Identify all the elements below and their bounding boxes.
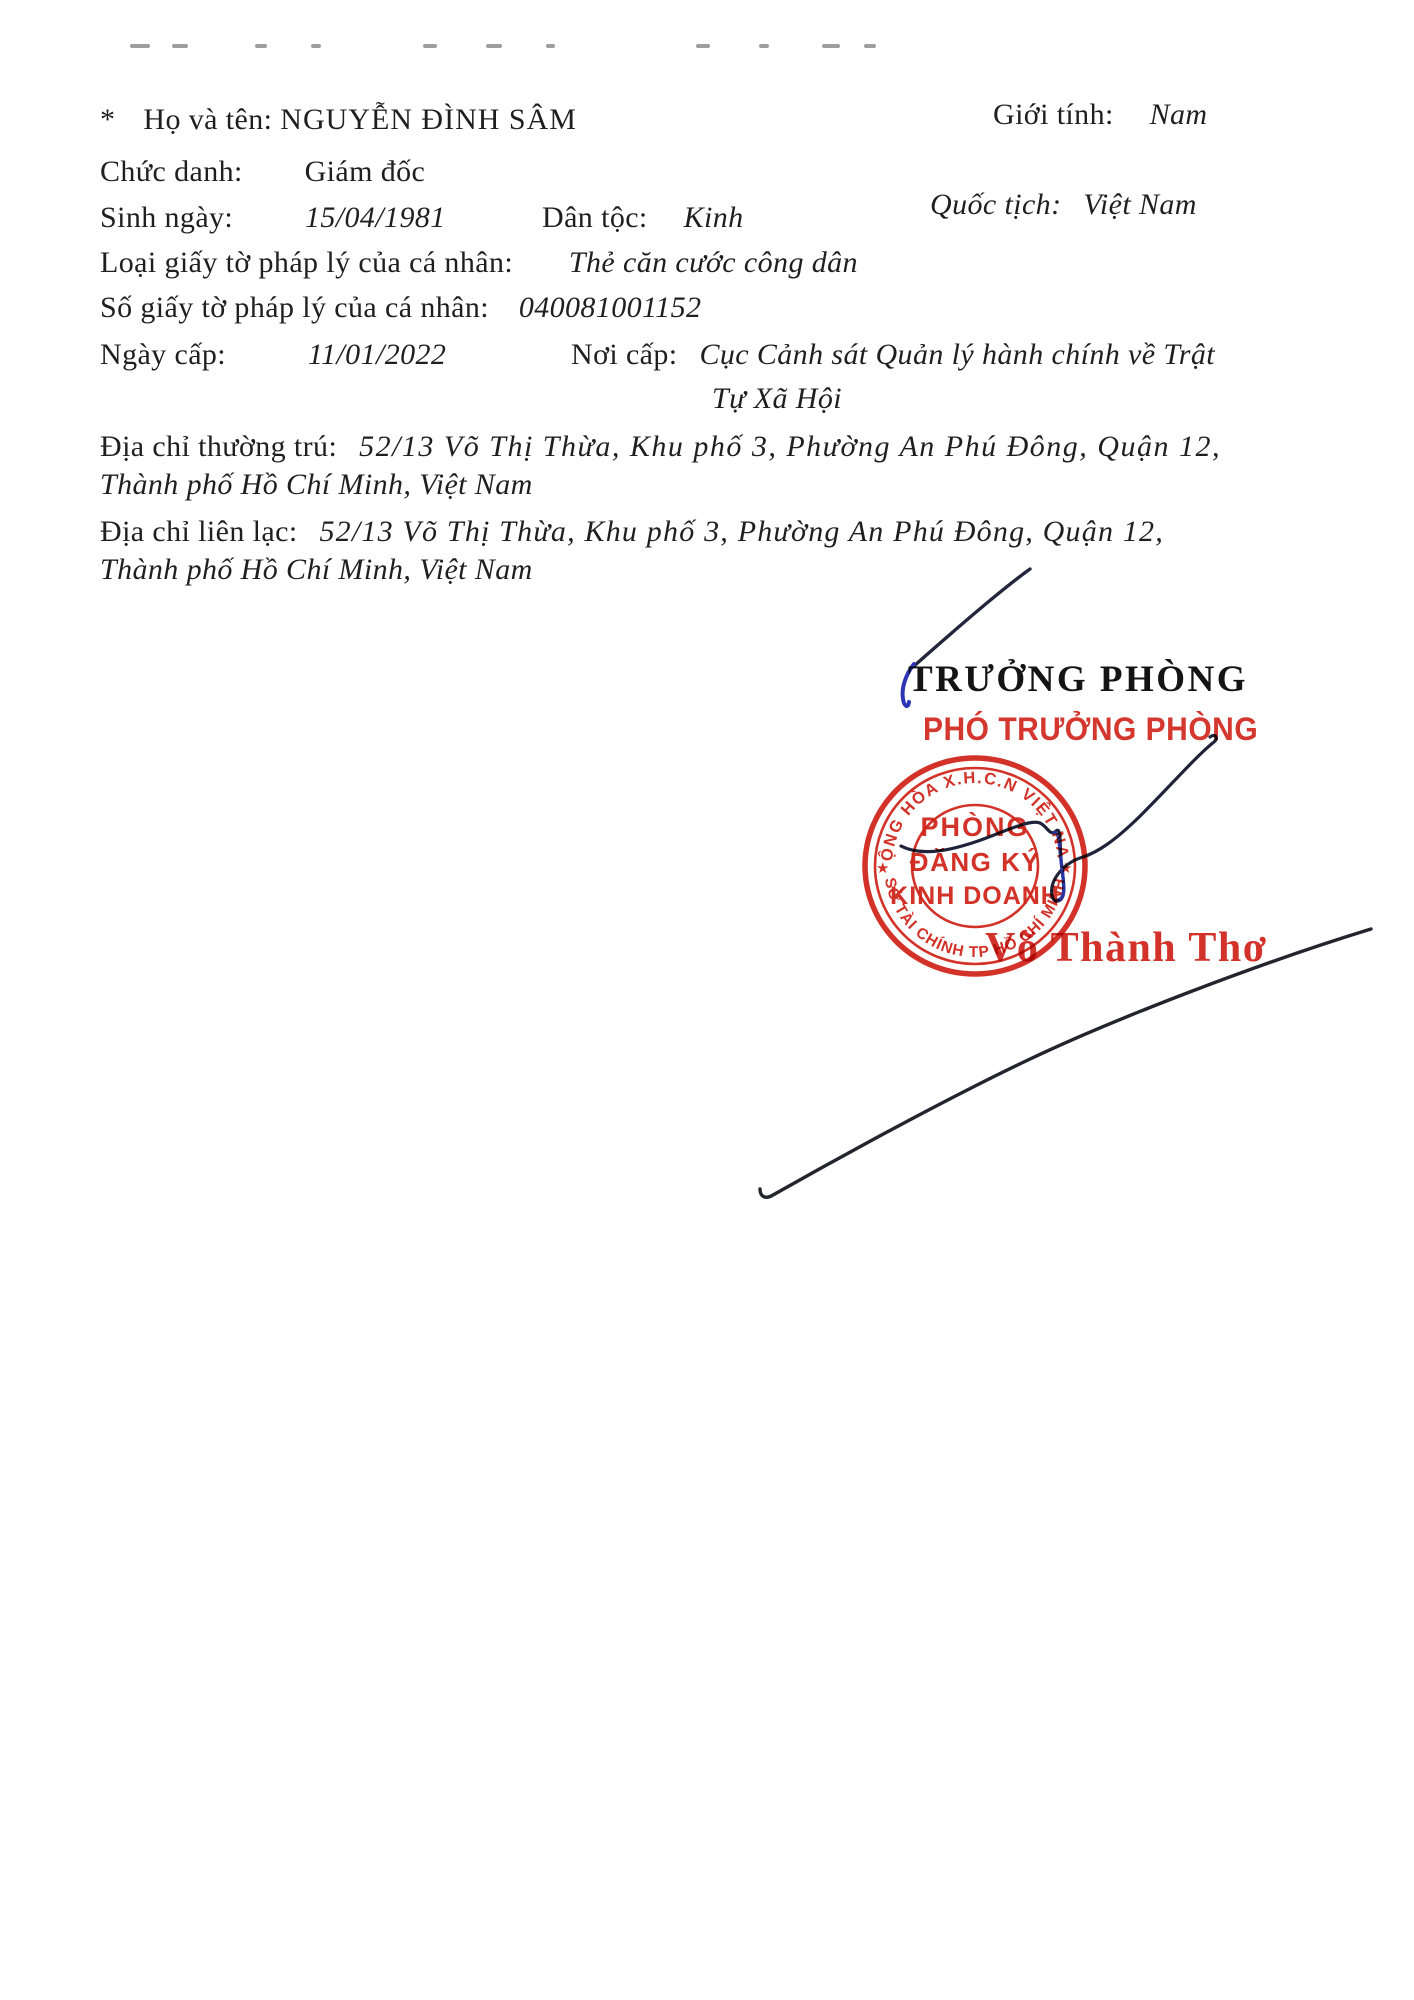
quoc-tich-value: Việt Nam: [1083, 188, 1196, 221]
field-noi-cap-line2: Tự Xã Hội: [712, 382, 842, 416]
stamp-center-line1: PHÒNG: [920, 811, 1029, 842]
field-ho-ten: *Họ và tên: NGUYỄN ĐÌNH SÂM: [100, 103, 577, 137]
dia-chi-thuong-tru-line2: Thành phố Hồ Chí Minh, Việt Nam: [100, 468, 533, 501]
signature-title: TRƯỞNG PHÒNG: [908, 658, 1248, 701]
field-dia-chi-lien-lac: Địa chỉ liên lạc: 52/13 Võ Thị Thừa, Khu…: [100, 515, 1164, 549]
gioi-tinh-label: Giới tính:: [993, 98, 1114, 131]
field-dan-toc: Dân tộc: Kinh: [542, 201, 744, 235]
loai-giay-to-label: Loại giấy tờ pháp lý của cá nhân:: [100, 246, 513, 279]
quoc-tich-label: Quốc tịch:: [930, 188, 1061, 221]
field-dia-chi-lien-lac-line2: Thành phố Hồ Chí Minh, Việt Nam: [100, 553, 533, 587]
field-dia-chi-thuong-tru: Địa chỉ thường trú: 52/13 Võ Thị Thừa, K…: [100, 430, 1221, 464]
scan-artifact-dash: [546, 44, 555, 48]
so-giay-to-value: 040081001152: [519, 291, 702, 324]
ho-ten-value: NGUYỄN ĐÌNH SÂM: [280, 103, 577, 136]
scan-artifact-dash: [486, 44, 502, 48]
dia-chi-lien-lac-line1: 52/13 Võ Thị Thừa, Khu phố 3, Phường An …: [319, 515, 1163, 548]
dan-toc-value: Kinh: [684, 201, 744, 234]
scan-artifact-dash: [864, 44, 876, 48]
scan-artifact-dash: [172, 44, 188, 48]
stamp-center-line3: KINH DOANH: [890, 882, 1060, 910]
so-giay-to-label: Số giấy tờ pháp lý của cá nhân:: [100, 291, 489, 324]
dia-chi-lien-lac-label: Địa chỉ liên lạc:: [100, 515, 298, 548]
field-ngay-cap: Ngày cấp: 11/01/2022: [100, 338, 446, 372]
stamp-star-left: ★: [876, 860, 889, 877]
official-stamp: CỘNG HÒA X.H.C.N VIỆT NAM SỞ TÀI CHÍNH T…: [848, 738, 1118, 992]
scan-artifact-dash: [822, 44, 840, 48]
field-so-giay-to: Số giấy tờ pháp lý của cá nhân: 04008100…: [100, 291, 701, 325]
scan-artifact-dash: [255, 44, 267, 48]
ngay-cap-value: 11/01/2022: [308, 338, 446, 371]
noi-cap-label: Nơi cấp:: [571, 338, 678, 371]
loai-giay-to-value: Thẻ căn cước công dân: [569, 246, 858, 279]
dia-chi-thuong-tru-label: Địa chỉ thường trú:: [100, 430, 337, 463]
field-gioi-tinh: Giới tính: Nam: [993, 98, 1208, 132]
ngay-cap-label: Ngày cấp:: [100, 338, 226, 371]
field-dia-chi-thuong-tru-line2: Thành phố Hồ Chí Minh, Việt Nam: [100, 468, 533, 502]
dan-toc-label: Dân tộc:: [542, 201, 648, 234]
field-loai-giay-to: Loại giấy tờ pháp lý của cá nhân: Thẻ că…: [100, 246, 858, 280]
noi-cap-value-line1: Cục Cảnh sát Quản lý hành chính về Trật: [699, 338, 1215, 371]
field-quoc-tich: Quốc tịch: Việt Nam: [930, 188, 1197, 222]
stamp-center-line2: ĐĂNG KÝ: [910, 847, 1040, 877]
field-sinh-ngay: Sinh ngày: 15/04/1981: [100, 201, 446, 235]
scan-artifact-dash: [423, 44, 437, 48]
scan-artifact-dash: [759, 44, 769, 48]
stamp-star-right: ★: [1059, 860, 1072, 877]
scan-artifact-dash: [130, 44, 150, 48]
field-chuc-danh: Chức danh: Giám đốc: [100, 155, 425, 189]
scan-artifact-dash: [311, 44, 321, 48]
dia-chi-thuong-tru-line1: 52/13 Võ Thị Thừa, Khu phố 3, Phường An …: [359, 430, 1221, 463]
sinh-ngay-value: 15/04/1981: [305, 201, 446, 234]
sinh-ngay-label: Sinh ngày:: [100, 201, 233, 234]
scanned-document-page: *Họ và tên: NGUYỄN ĐÌNH SÂM Giới tính: N…: [0, 0, 1414, 2000]
noi-cap-value-line2: Tự Xã Hội: [712, 382, 842, 415]
signature-stroke-upper-diagonal: [914, 569, 1030, 666]
stamp-center-text: PHÒNG ĐĂNG KÝ KINH DOANH: [890, 811, 1060, 910]
chuc-danh-label: Chức danh:: [100, 155, 243, 188]
chuc-danh-value: Giám đốc: [305, 155, 426, 188]
field-noi-cap: Nơi cấp: Cục Cảnh sát Quản lý hành chính…: [571, 338, 1215, 372]
bullet-star: *: [100, 103, 115, 136]
scan-artifact-dash: [696, 44, 710, 48]
gioi-tinh-value: Nam: [1150, 98, 1208, 131]
dia-chi-lien-lac-line2: Thành phố Hồ Chí Minh, Việt Nam: [100, 553, 533, 586]
ho-ten-label: Họ và tên:: [143, 103, 272, 136]
